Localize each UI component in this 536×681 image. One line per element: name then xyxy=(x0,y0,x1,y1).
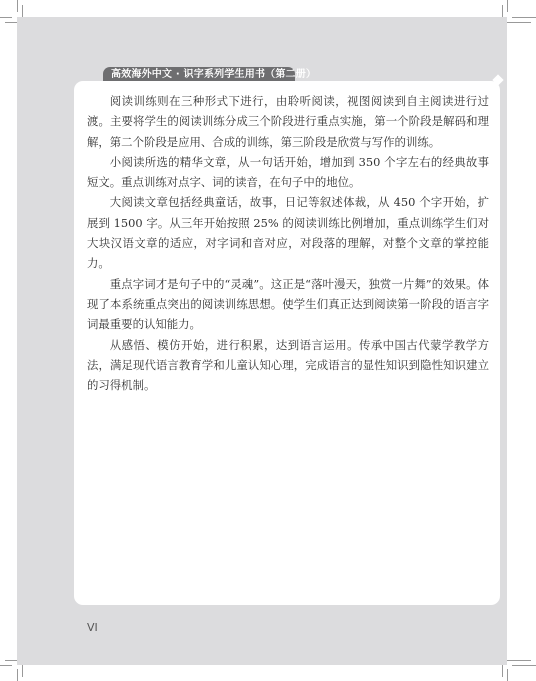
crop-mark xyxy=(507,22,531,23)
paragraph: 从感悟、模仿开始，进行积累，达到语言运用。传承中国古代蒙学教学方法，满足现代语言… xyxy=(87,335,489,396)
crop-mark xyxy=(502,665,503,677)
crop-mark xyxy=(507,660,531,661)
page-number: VI xyxy=(87,621,98,634)
paragraph: 阅读训练则在三种形式下进行，由聆听阅读，视图阅读到自主阅读进行过渡。主要将学生的… xyxy=(87,91,489,152)
crop-mark xyxy=(507,669,508,681)
crop-mark xyxy=(5,660,17,661)
crop-mark xyxy=(0,665,12,666)
crop-mark xyxy=(507,0,508,12)
crop-mark xyxy=(512,665,536,666)
crop-mark xyxy=(5,22,17,23)
crop-mark xyxy=(22,5,23,17)
crop-mark xyxy=(22,665,23,677)
crop-mark xyxy=(17,669,18,681)
crop-mark xyxy=(0,17,12,18)
crop-mark xyxy=(17,0,18,12)
crop-mark xyxy=(512,17,536,18)
crop-mark xyxy=(502,5,503,17)
paragraph: 大阅读文章包括经典童话，故事，日记等叙述体裁，从 450 个字开始，扩展到 15… xyxy=(87,192,489,273)
paragraph: 重点字词才是句子中的“灵魂”。这正是“落叶漫天，独赏一片舞”的效果。体现了本系统… xyxy=(87,274,489,335)
body-text: 阅读训练则在三种形式下进行，由聆听阅读，视图阅读到自主阅读进行过渡。主要将学生的… xyxy=(87,91,489,395)
paragraph: 小阅读所选的精华文章，从一句话开始，增加到 350 个字左右的经典故事短文。重点… xyxy=(87,152,489,193)
